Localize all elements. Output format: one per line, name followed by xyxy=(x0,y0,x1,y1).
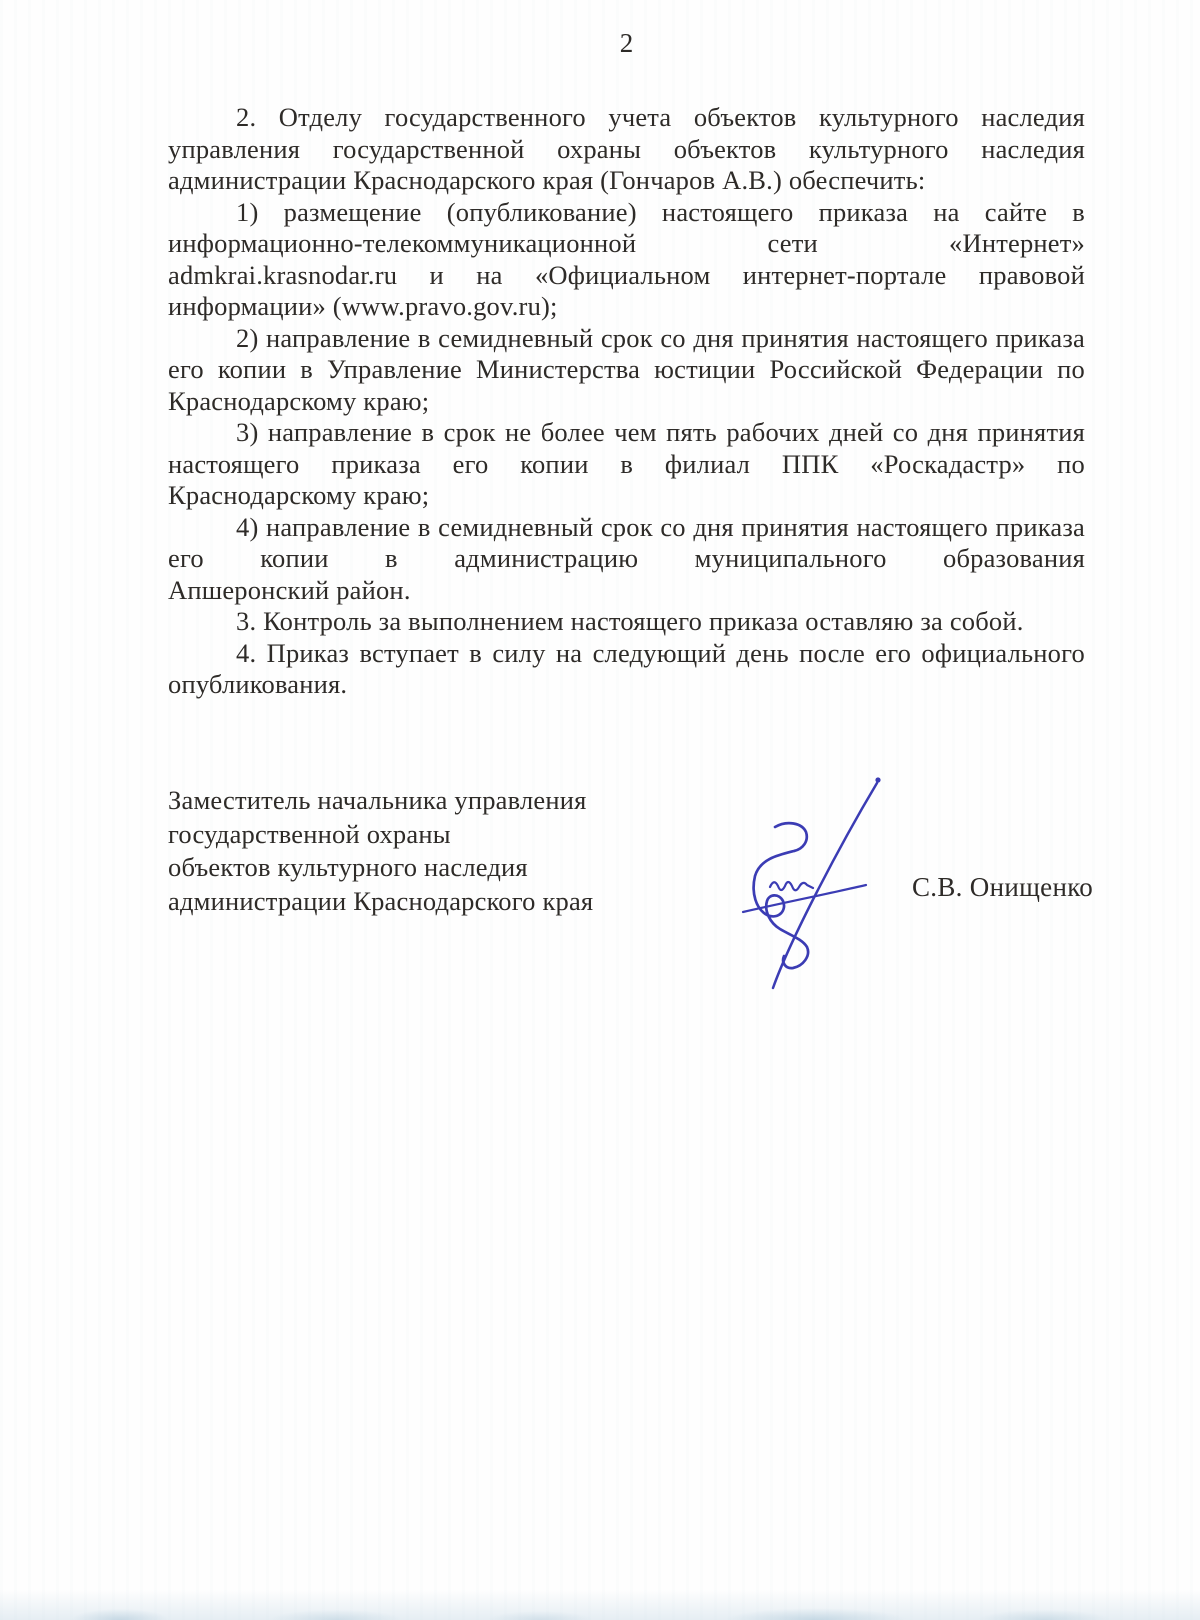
text-line: 2) направление в семидневный срок со дня… xyxy=(168,323,1085,355)
signature-pen-dot xyxy=(875,777,880,782)
text-line: информационно-телекоммуникационной сети … xyxy=(168,228,1085,260)
text-line: информации» (www.pravo.gov.ru); xyxy=(168,291,1085,323)
text-line: 3) направление в срок не более чем пять … xyxy=(168,417,1085,449)
signature-stroke-loop xyxy=(754,823,808,968)
document-body: 2. Отделу государственного учета объекто… xyxy=(168,102,1085,701)
signature-stroke-cross xyxy=(743,885,866,912)
signatory-title-line: администрации Краснодарского края xyxy=(168,885,728,919)
signatory-title-block: Заместитель начальника управления госуда… xyxy=(168,784,728,918)
text-line: настоящего приказа его копии в филиал ПП… xyxy=(168,449,1085,481)
text-line: администрации Краснодарского края (Гонча… xyxy=(168,165,1085,197)
signature-stroke-scribble xyxy=(770,882,813,890)
text-line: Апшеронский район. xyxy=(168,575,1085,607)
text-line: 3. Контроль за выполнением настоящего пр… xyxy=(168,606,1085,638)
text-line: 4. Приказ вступает в силу на следующий д… xyxy=(168,638,1085,670)
text-line: 1) размещение (опубликование) настоящего… xyxy=(168,197,1085,229)
page-number: 2 xyxy=(168,28,1085,59)
signatory-title-line: объектов культурного наследия xyxy=(168,851,728,885)
text-line: его копии в администрацию муниципального… xyxy=(168,543,1085,575)
text-line: Краснодарскому краю; xyxy=(168,386,1085,418)
text-line: опубликования. xyxy=(168,669,1085,701)
text-line: управления государственной охраны объект… xyxy=(168,134,1085,166)
text-line: Краснодарскому краю; xyxy=(168,480,1085,512)
scanned-document-page: 2 2. Отделу государственного учета объек… xyxy=(0,0,1200,1620)
handwritten-signature xyxy=(690,735,910,1005)
text-line: его копии в Управление Министерства юсти… xyxy=(168,354,1085,386)
text-line: admkrai.krasnodar.ru и на «Официальном и… xyxy=(168,260,1085,292)
text-line: 4) направление в семидневный срок со дня… xyxy=(168,512,1085,544)
signatory-title-line: Заместитель начальника управления xyxy=(168,784,728,818)
text-line: 2. Отделу государственного учета объекто… xyxy=(168,102,1085,134)
signatory-title-line: государственной охраны xyxy=(168,818,728,852)
signer-name: С.В. Онищенко xyxy=(912,872,1093,903)
scan-edge-artifact xyxy=(0,1590,1200,1620)
